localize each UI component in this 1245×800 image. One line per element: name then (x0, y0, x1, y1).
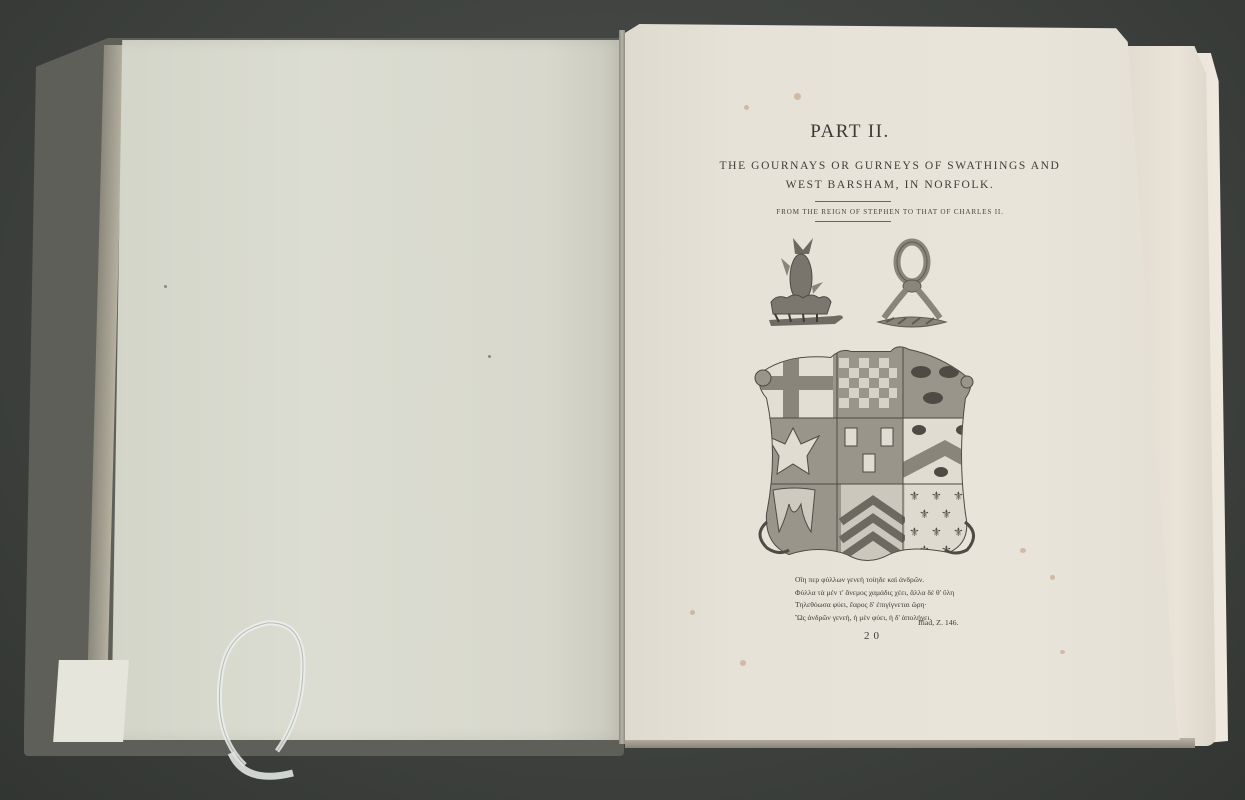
fish-crest-icon (765, 236, 845, 330)
part-title: PART II. (620, 121, 1080, 143)
reign-line: FROM THE REIGN OF STEPHEN TO THAT OF CHA… (700, 208, 1080, 216)
svg-text:⚜: ⚜ (941, 507, 952, 521)
left-page-blank (112, 40, 622, 740)
subtitle-line-1: THE GOURNAYS OR GURNEYS OF SWATHINGS AND (700, 157, 1080, 176)
divider-bottom (815, 221, 891, 222)
foxing-spot (488, 355, 491, 358)
svg-text:⚜: ⚜ (953, 525, 964, 539)
svg-text:⚜: ⚜ (931, 489, 942, 503)
epigraph-line-3: Τηλεθόωσα φύει, ἔαρος δ' ἐπιγίγνεται ὥρη… (795, 599, 995, 612)
foxing-spot (740, 660, 746, 666)
coat-of-arms-shield-icon: ⚜⚜⚜ ⚜⚜⚜ ⚜⚜⚜ ⚜⚜ (749, 344, 985, 564)
divider-top (815, 201, 891, 202)
epigraph-line-1: Οἵη περ φύλλων γενεὴ τοίηδε καὶ ἀνδρῶν. (795, 574, 995, 587)
page-number: 20 (864, 630, 883, 642)
svg-text:⚜: ⚜ (919, 507, 930, 521)
epigraph-citation: Iliad, Z. 146. (918, 618, 959, 627)
svg-text:⚜: ⚜ (909, 489, 920, 503)
subtitle-line-2: WEST BARSHAM, IN NORFOLK. (700, 176, 1080, 195)
section-subtitle: THE GOURNAYS OR GURNEYS OF SWATHINGS AND… (700, 157, 1080, 195)
svg-text:⚜: ⚜ (953, 489, 964, 503)
epigraph-line-2: Φύλλα τὰ μέν τ' ἄνεμος χαμάδις χέει, ἄλλ… (795, 587, 995, 600)
foxing-spot (744, 105, 749, 110)
svg-text:⚜: ⚜ (919, 543, 930, 557)
svg-text:⚜: ⚜ (931, 525, 942, 539)
photo-scene: PART II. THE GOURNAYS OR GURNEYS OF SWAT… (0, 0, 1245, 800)
foxing-spot (794, 93, 801, 100)
rope-knot-crest-icon (874, 238, 950, 332)
foxing-spot (690, 610, 695, 615)
foxing-spot (1050, 575, 1055, 580)
greek-epigraph: Οἵη περ φύλλων γενεὴ τοίηδε καὶ ἀνδρῶν. … (795, 574, 995, 624)
left-page-corner (53, 660, 129, 742)
foxing-spot (1020, 548, 1026, 553)
bookmark-loop-icon (205, 615, 315, 785)
foxing-spot (164, 285, 167, 288)
epigraph-line-4: Ὣς ἀνδρῶν γενεή, ἡ μὲν φύει, ἡ δ' ἀπολήγ… (795, 612, 995, 625)
svg-text:⚜: ⚜ (909, 525, 920, 539)
foxing-spot (1060, 650, 1065, 654)
